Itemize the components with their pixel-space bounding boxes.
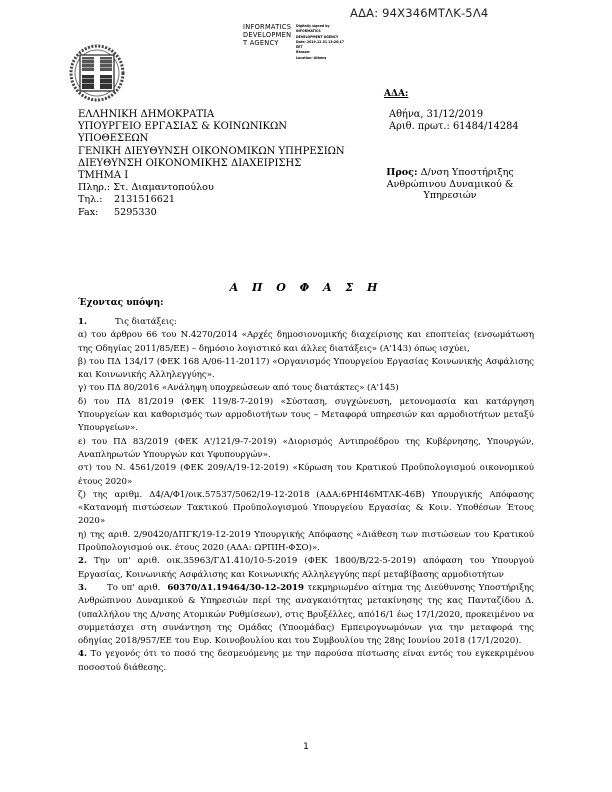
- ada-code-top: ΑΔΑ: 94Χ346ΜΤΛΚ-5Λ4: [350, 6, 488, 20]
- clause-a: α) του άρθρου 66 του Ν.4270/2014 «Αρχές …: [78, 329, 534, 356]
- item-text: Την υπ' αριθ. οικ.35963/ΓΔ1.410/10-5-201…: [78, 556, 534, 579]
- digital-signature-org: INFORMATICS DEVELOPMEN T AGENCY: [243, 23, 303, 48]
- item-number: 4.: [78, 649, 87, 659]
- recipient-line: Ανθρώπινου Δυναμικού &: [385, 179, 515, 191]
- date-line: Αθήνα, 31/12/2019: [389, 109, 519, 121]
- recipient-line: Δ/νση Υποστήριξης: [421, 167, 514, 178]
- sender-line: ΓΕΝΙΚΗ ΔΙΕΥΘΥΝΣΗ ΟΙΚΟΝΟΜΙΚΩΝ ΥΠΗΡΕΣΙΩΝ: [78, 146, 345, 158]
- signature-org-line: DEVELOPMEN: [243, 31, 303, 39]
- document-title: Α Π Ο Φ Α Σ Η: [0, 281, 612, 294]
- item-number: 1.: [78, 317, 87, 327]
- clause-i: η) της αριθ. 2/90420/ΔΠΓΚ/19-12-2019 Υπο…: [78, 529, 534, 556]
- protocol-number: Αριθ. πρωτ.: 61484/14284: [389, 121, 519, 133]
- fax-label: Fax:: [78, 207, 114, 219]
- item-4: 4. Το γεγονός ότι το ποσό της δεσμευόμεν…: [78, 648, 534, 675]
- clause-c: γ) του ΠΔ 80/2016 «Ανάληψη υποχρεώσεων α…: [78, 382, 534, 395]
- coat-of-arms-icon: [68, 42, 126, 102]
- recipient-label: Προς:: [386, 167, 417, 178]
- clause-d: δ) του ΠΔ 81/2019 (ΦΕΚ 119/8-7-2019) «Σύ…: [78, 396, 534, 436]
- sender-line: ΕΛΛΗΝΙΚΗ ΔΗΜΟΚΡΑΤΙΑ: [78, 109, 345, 121]
- item-2: 2. Την υπ' αριθ. οικ.35963/ΓΔ1.410/10-5-…: [78, 555, 534, 582]
- page-number: 1: [0, 742, 612, 752]
- item-1-heading: 1.Τις διατάξεις:: [78, 316, 534, 329]
- fax: Fax:5295330: [78, 207, 345, 219]
- clause-st: στ) του Ν. 4561/2019 (ΦΕΚ 209/Α/19-12-20…: [78, 462, 534, 489]
- recipient-line: Υπηρεσιών: [385, 190, 515, 202]
- item-text: Τις διατάξεις:: [115, 317, 177, 327]
- phone: Τηλ.:2131516621: [78, 194, 345, 206]
- item-number: 3.: [78, 583, 87, 593]
- sender-block: ΕΛΛΗΝΙΚΗ ΔΗΜΟΚΡΑΤΙΑ ΥΠΟΥΡΓΕΙΟ ΕΡΓΑΣΙΑΣ &…: [78, 109, 345, 219]
- contact-person: Πληρ.: Στ. Διαμαντοπούλου: [78, 182, 345, 194]
- recipient-block: Προς: Δ/νση Υποστήριξης Ανθρώπινου Δυναμ…: [385, 167, 515, 202]
- item-text: Το γεγονός ότι το ποσό της δεσμευόμενης …: [78, 649, 534, 672]
- document-meta: Αθήνα, 31/12/2019 Αριθ. πρωτ.: 61484/142…: [389, 109, 519, 133]
- clause-z: ζ) της αριθμ. Δ4/Α/Φ1/οικ.57537/5062/19-…: [78, 489, 534, 529]
- intro-heading: Έχοντας υπόψη:: [78, 298, 163, 308]
- signature-meta-line: Location: Athens: [296, 56, 366, 61]
- sender-line: ΔΙΕΥΘΥΝΣΗ ΟΙΚΟΝΟΜΙΚΗΣ ΔΙΑΧΕΙΡΙΣΗΣ: [78, 158, 345, 170]
- document-body: 1.Τις διατάξεις: α) του άρθρου 66 του Ν.…: [78, 316, 534, 675]
- signature-org-line: T AGENCY: [243, 39, 303, 47]
- signature-org-line: INFORMATICS: [243, 23, 303, 31]
- item-text: Το υπ' αριθ.: [107, 583, 160, 593]
- item-number: 2.: [78, 556, 87, 566]
- sender-line: ΤΜΗΜΑ Ι: [78, 170, 345, 182]
- item-3: 3.Το υπ' αριθ. 60370/Δ1.19464/30-12-2019…: [78, 582, 534, 648]
- contact-label: Πληρ.:: [78, 182, 110, 193]
- phone-value: 2131516621: [114, 194, 175, 205]
- reference-number: 60370/Δ1.19464/30-12-2019: [167, 583, 304, 593]
- sender-line: ΥΠΟΘΕΣΕΩΝ: [78, 133, 345, 145]
- digital-signature-meta: Digitally signed by INFORMATICS DEVELOPM…: [296, 24, 366, 61]
- fax-value: 5295330: [114, 207, 157, 218]
- phone-label: Τηλ.:: [78, 194, 114, 206]
- contact-value: Στ. Διαμαντοπούλου: [113, 182, 214, 193]
- sender-line: ΥΠΟΥΡΓΕΙΟ ΕΡΓΑΣΙΑΣ & ΚΟΙΝΩΝΙΚΩΝ: [78, 121, 345, 133]
- ada-label: ΑΔΑ:: [384, 89, 408, 99]
- clause-e: ε) του ΠΔ 83/2019 (ΦΕΚ Α'/121/9-7-2019) …: [78, 436, 534, 463]
- clause-b: β) του ΠΔ 134/17 (ΦΕΚ 168 Α/06-11-20117)…: [78, 356, 534, 383]
